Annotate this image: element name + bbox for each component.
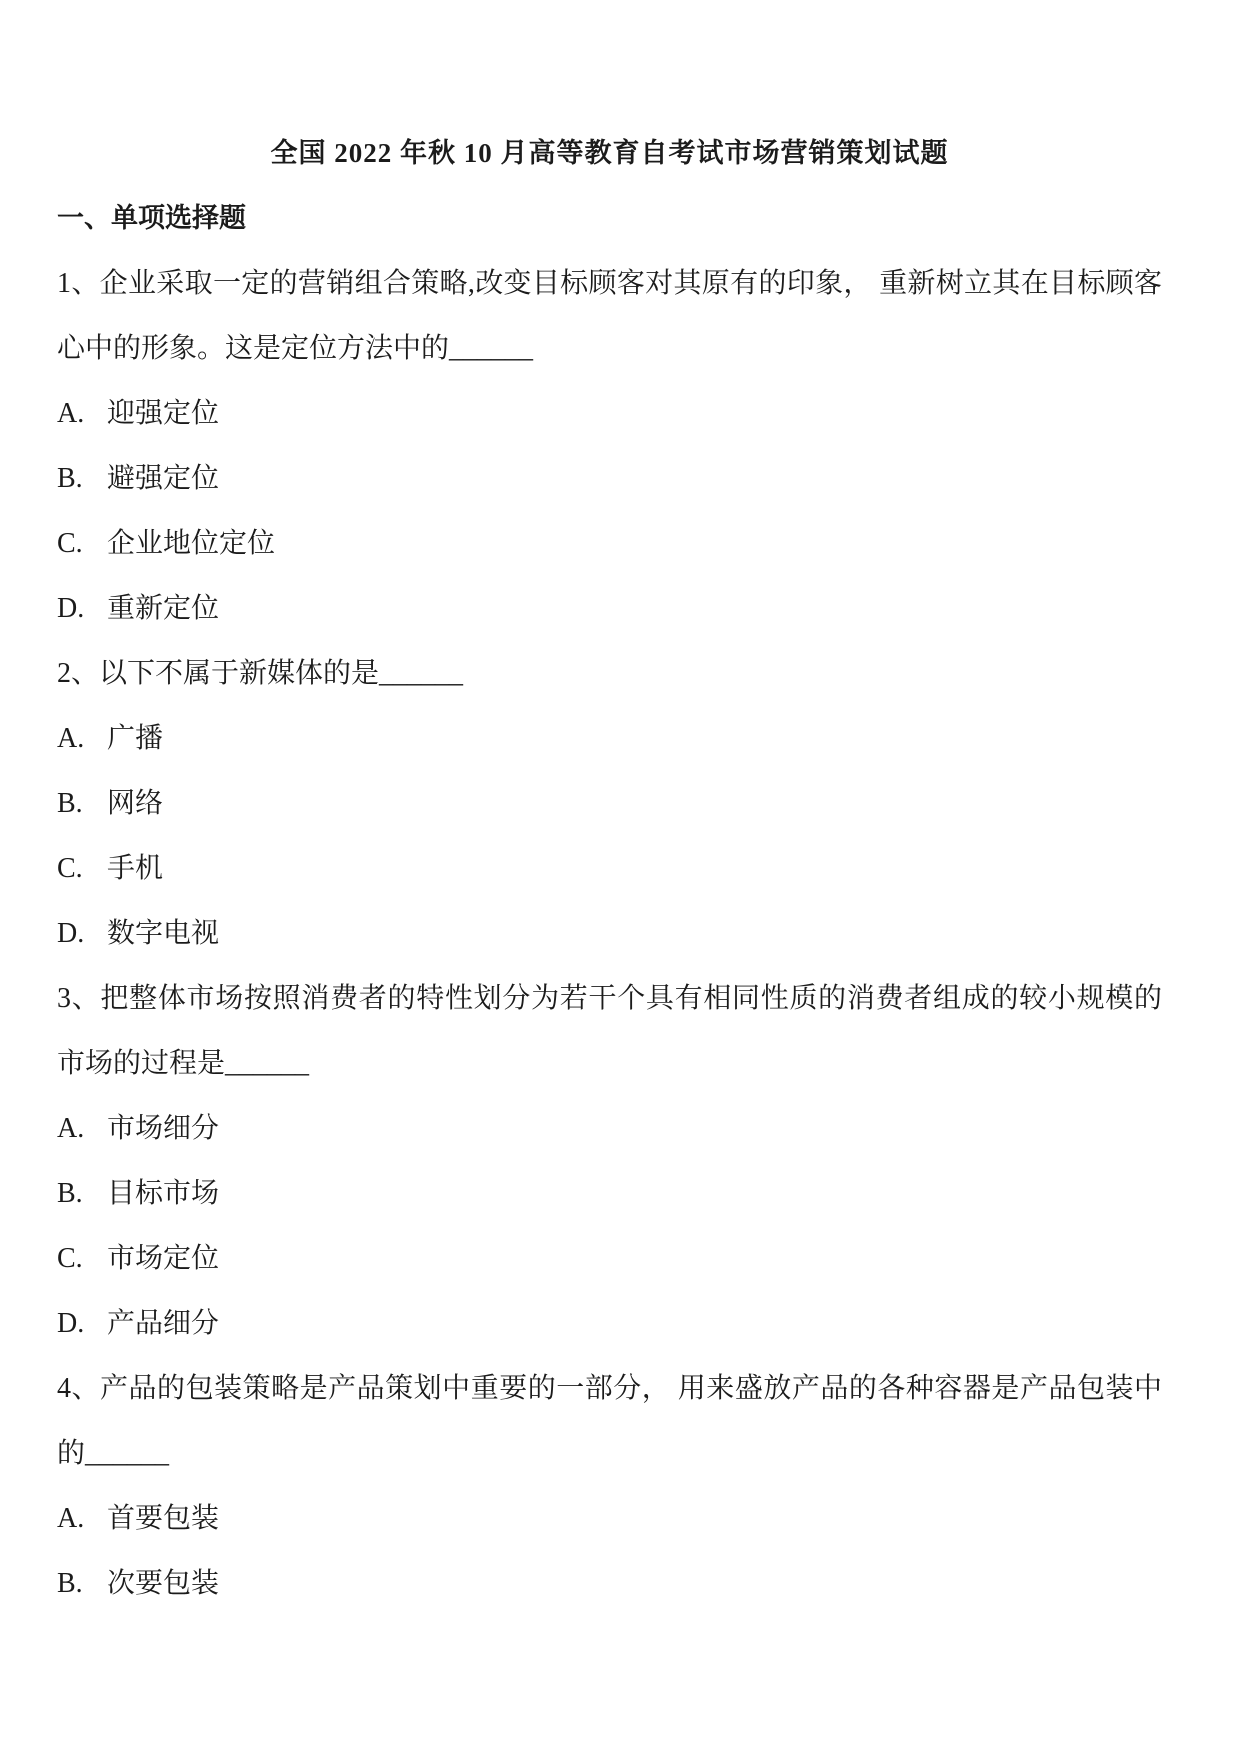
option-text: 市场细分 (107, 1113, 219, 1144)
option-label: C. (57, 1226, 107, 1291)
option-label: B. (57, 446, 107, 511)
option-label: D. (57, 1291, 107, 1356)
option-label: B. (57, 1161, 107, 1226)
option-label: A. (57, 1096, 107, 1161)
question-3-stem: 3、把整体市场按照消费者的特性划分为若干个具有相同性质的消费者组成的较小规模的市… (57, 966, 1162, 1096)
question-3-option-a: A.市场细分 (57, 1096, 1162, 1161)
question-3-option-d: D.产品细分 (57, 1291, 1162, 1356)
option-text: 次要包装 (107, 1568, 219, 1599)
option-text: 企业地位定位 (107, 528, 275, 559)
question-3-option-b: B.目标市场 (57, 1161, 1162, 1226)
option-text: 数字电视 (107, 918, 219, 949)
option-text: 广播 (107, 723, 163, 754)
section-heading: 一、单项选择题 (57, 186, 1162, 251)
option-text: 首要包装 (107, 1503, 219, 1534)
question-1-option-b: B.避强定位 (57, 446, 1162, 511)
question-2: 2、以下不属于新媒体的是______ A.广播 B.网络 C.手机 D.数字电视 (57, 641, 1162, 966)
question-4-stem: 4、产品的包装策略是产品策划中重要的一部分， 用来盛放产品的各种容器是产品包装中… (57, 1356, 1162, 1486)
question-2-option-c: C.手机 (57, 836, 1162, 901)
option-text: 重新定位 (107, 593, 219, 624)
option-text: 网络 (107, 788, 163, 819)
question-2-stem: 2、以下不属于新媒体的是______ (57, 641, 1162, 706)
question-1-option-c: C.企业地位定位 (57, 511, 1162, 576)
question-4-option-b: B.次要包装 (57, 1551, 1162, 1616)
document-title: 全国 2022 年秋 10 月高等教育自考试市场营销策划试题 (57, 121, 1162, 186)
option-label: C. (57, 836, 107, 901)
option-text: 产品细分 (107, 1308, 219, 1339)
option-label: C. (57, 511, 107, 576)
exam-page: 全国 2022 年秋 10 月高等教育自考试市场营销策划试题 一、单项选择题 1… (0, 0, 1240, 1754)
question-2-option-d: D.数字电视 (57, 901, 1162, 966)
option-label: B. (57, 771, 107, 836)
option-label: D. (57, 901, 107, 966)
question-3-option-c: C.市场定位 (57, 1226, 1162, 1291)
option-text: 迎强定位 (107, 398, 219, 429)
question-1-stem: 1、企业采取一定的营销组合策略,改变目标顾客对其原有的印象， 重新树立其在目标顾… (57, 251, 1162, 381)
option-label: A. (57, 706, 107, 771)
option-text: 避强定位 (107, 463, 219, 494)
question-2-option-a: A.广播 (57, 706, 1162, 771)
question-4: 4、产品的包装策略是产品策划中重要的一部分， 用来盛放产品的各种容器是产品包装中… (57, 1356, 1162, 1616)
option-label: B. (57, 1551, 107, 1616)
question-1-option-d: D.重新定位 (57, 576, 1162, 641)
question-1-option-a: A.迎强定位 (57, 381, 1162, 446)
option-label: A. (57, 381, 107, 446)
option-text: 手机 (107, 853, 163, 884)
question-1: 1、企业采取一定的营销组合策略,改变目标顾客对其原有的印象， 重新树立其在目标顾… (57, 251, 1162, 641)
option-label: A. (57, 1486, 107, 1551)
question-4-option-a: A.首要包装 (57, 1486, 1162, 1551)
question-3: 3、把整体市场按照消费者的特性划分为若干个具有相同性质的消费者组成的较小规模的市… (57, 966, 1162, 1356)
option-text: 目标市场 (107, 1178, 219, 1209)
question-2-option-b: B.网络 (57, 771, 1162, 836)
option-label: D. (57, 576, 107, 641)
option-text: 市场定位 (107, 1243, 219, 1274)
